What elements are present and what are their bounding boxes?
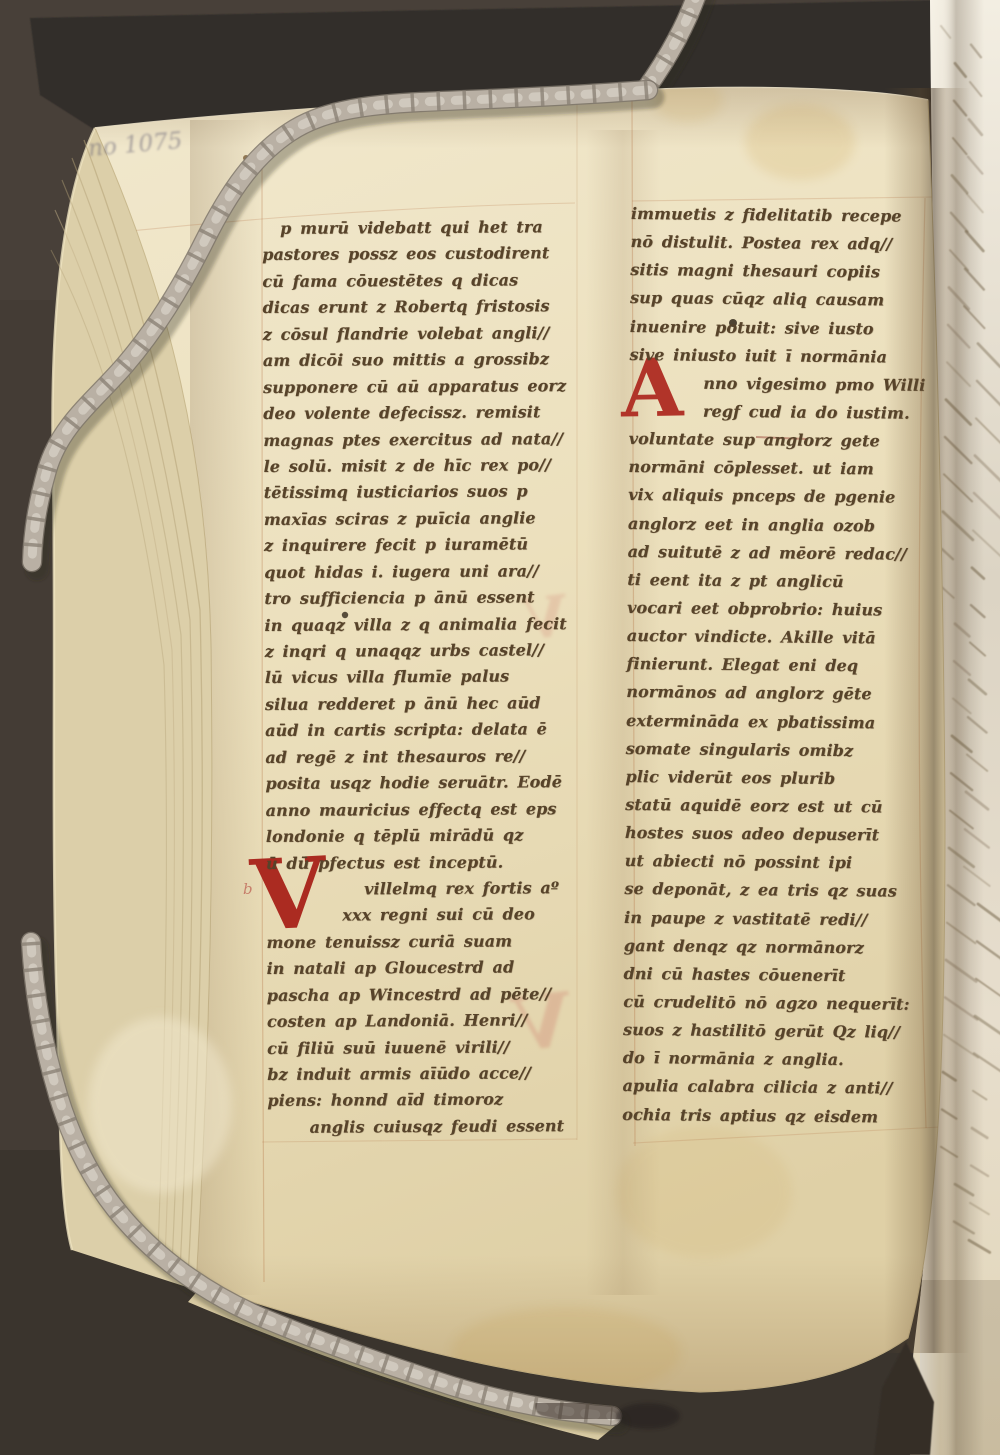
manuscript-text-line: villelmq rex fortis aº — [364, 875, 592, 903]
manuscript-text-line: londonie q tēplū mirādū qz — [266, 822, 592, 850]
manuscript-text-line: normāni cōplesset. ut iam — [628, 453, 948, 484]
manuscript-text-line: deo volente defecissz. remisit — [263, 399, 589, 427]
manuscript-text-line: dni cū hastes cōuenerīt — [623, 960, 943, 991]
parchment-worn-patch — [88, 1017, 232, 1193]
manuscript-text-line: nō distulit. Postea rex adq// — [630, 228, 950, 259]
manuscript-text-line: suos z hastilitō gerūt Qz liq// — [623, 1016, 943, 1047]
manuscript-text-line: anglorz eet in anglia ozob — [628, 510, 948, 541]
manuscript-text-line: ochia tris aptius qz eisdem — [622, 1100, 942, 1131]
manuscript-text-line: piens: honnd aīd timoroz — [267, 1086, 593, 1114]
manuscript-text-line: pastores possz eos custodirent — [262, 240, 588, 268]
manuscript-text-line: sive iniusto iuit ī normānia — [629, 341, 949, 372]
manuscript-text-line: auctor vindicte. Akille vitā — [627, 622, 947, 653]
manuscript-text-line: posita usqz hodie seruātr. Eodē — [265, 769, 591, 797]
manuscript-text-line: sitis magni thesauri copiis — [630, 256, 950, 287]
manuscript-text-line: immuetis z fidelitatib recepe — [631, 200, 951, 231]
manuscript-text-line: inuenire potuit: sive iusto — [630, 313, 950, 344]
manuscript-text-line: anglis cuiusqz feudi essent — [309, 1113, 593, 1141]
manuscript-text-line: in natali ap Gloucestrd ad — [267, 954, 593, 982]
manuscript-text-line: sup quas cūqz aliq causam — [630, 284, 950, 315]
manuscript-text-line: cū fama cōuestētes q dicas — [262, 267, 588, 295]
manuscript-text-line: anno mauricius effectq est eps — [266, 796, 592, 824]
manuscript-text-line: silua redderet p ānū hec aūd — [265, 690, 591, 718]
text-column-right: immuetis z fidelitatib recepenō distulit… — [622, 200, 951, 1132]
manuscript-text-line: magnas ptes exercitus ad nata// — [263, 426, 589, 454]
manuscript-text-line: hostes suos adeo depuserīt — [625, 819, 945, 850]
initial-guide-letter: b — [243, 880, 253, 898]
manuscript-text-line: z cōsul flandrie volebat angli// — [263, 320, 589, 348]
manuscript-text-line: z inquirere fecit p iuramētū — [264, 531, 590, 559]
manuscript-text-line: statū aquidē eorz est ut cū — [625, 791, 945, 822]
manuscript-text-line: regf cud ia do iustim. — [703, 398, 949, 429]
manuscript-text-line: ti eent ita z pt anglicū — [627, 566, 947, 597]
manuscript-text-line: dicas erunt z Robertq fristosis — [262, 293, 588, 321]
manuscript-text-line: in paupe z vastitatē redi// — [624, 903, 944, 934]
manuscript-text-line: p murū videbatt qui het tra — [280, 214, 588, 242]
manuscript-text-line: ad suitutē z ad mēorē redac// — [627, 538, 947, 569]
manuscript-text-line: xxx regni sui cū deo — [342, 901, 592, 929]
manuscript-text-line: finierunt. Elegat eni deq — [626, 650, 946, 681]
text-column-left: p murū videbatt qui het trapastores poss… — [262, 214, 594, 1141]
manuscript-text-line: nno vigesimo pmo Willi — [703, 370, 949, 401]
manuscript-text-line: in quaqz villa z q animalia fecit — [264, 611, 590, 639]
manuscript-text-line: somate singularis omibz — [626, 735, 946, 766]
manuscript-text-line: supponere cū aū apparatus eorz — [263, 373, 589, 401]
manuscript-text-line: cū filiū suū iuuenē virili// — [267, 1034, 593, 1062]
manuscript-text-line: cū crudelitō nō agzo nequerīt: — [623, 988, 943, 1019]
manuscript-text-line: pascha ap Wincestrd ad pēte// — [267, 981, 593, 1009]
manuscript-text-line: quot hidas i. iugera uni ara// — [264, 558, 590, 586]
manuscript-text-line: maxīas sciras z puīcia anglie — [264, 505, 590, 533]
manuscript-text-line: costen ap Landoniā. Henri// — [267, 1007, 593, 1035]
manuscript-text-line: apulia calabra cilicia z anti// — [622, 1072, 942, 1103]
manuscript-text-line: normānos ad anglorz gēte — [626, 678, 946, 709]
manuscript-text-line: extermināda ex pbatissima — [626, 707, 946, 738]
manuscript-text-line: bz induit armis aīūdo acce// — [267, 1060, 593, 1088]
manuscript-text-line: se deponāt, z ea tris qz suas — [624, 875, 944, 906]
manuscript-photo: no 1075 V V V b A p murū videbatt qui he… — [0, 0, 1000, 1455]
manuscript-text-line: vocari eet obprobrio: huius — [627, 594, 947, 625]
manuscript-text-line: mone tenuissz curiā suam — [266, 928, 592, 956]
manuscript-text-line: z inqri q unaqqz urbs castel// — [265, 637, 591, 665]
manuscript-text-line: do ī normānia z anglia. — [623, 1044, 943, 1075]
manuscript-text-line: tro sufficiencia p ānū essent — [264, 584, 590, 612]
manuscript-text-line: ut abiecti nō possint ipi — [625, 847, 945, 878]
manuscript-text-line: tētissimq iusticiarios suos p — [264, 478, 590, 506]
manuscript-text-line: voluntate sup anglorz gete — [629, 425, 949, 456]
manuscript-text-line: le solū. misit z de hīc rex po// — [263, 452, 589, 480]
manuscript-text-line: lū vicus villa flumīe palus — [265, 663, 591, 691]
manuscript-text-line: plic viderūt eos plurib — [625, 763, 945, 794]
manuscript-text-line: gant denqz qz normānorz — [624, 932, 944, 963]
manuscript-text-line: ad regē z int thesauros re// — [265, 743, 591, 771]
manuscript-text-line: aūd in cartis scripta: delata ē — [265, 716, 591, 744]
manuscript-text-line: am dicōi suo mittis a grossibz — [263, 346, 589, 374]
manuscript-text-line: ū dū pfectus est inceptū. — [266, 848, 592, 876]
manuscript-text-line: vix aliquis pnceps de pgenie — [628, 481, 948, 512]
